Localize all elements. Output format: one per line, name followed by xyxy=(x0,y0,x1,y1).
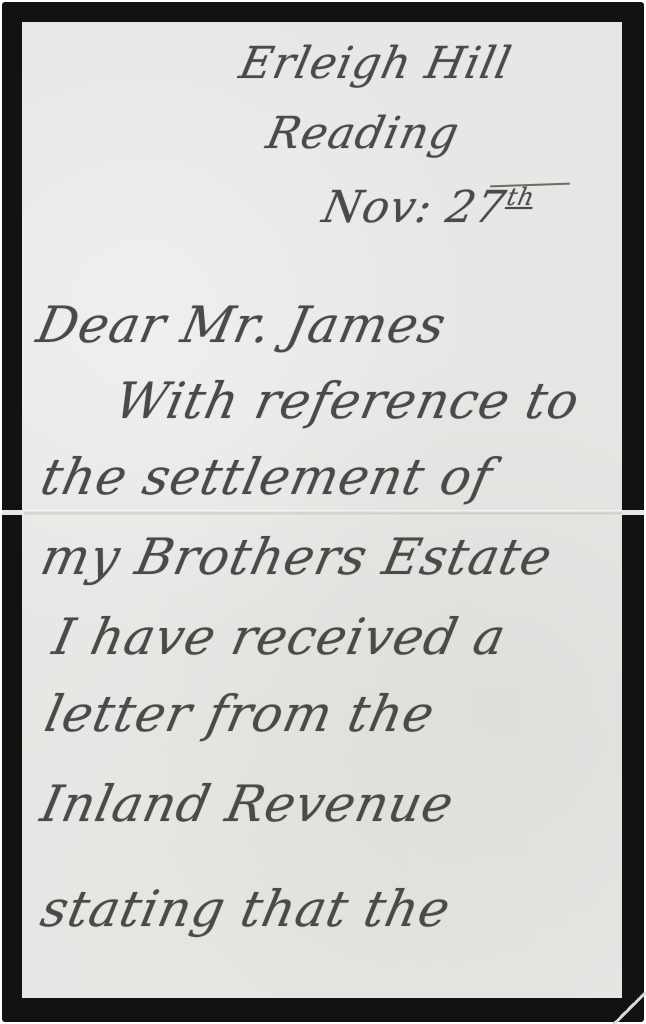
body-line-6: Inland Revenue xyxy=(36,775,459,833)
salutation: Dear Mr. James xyxy=(32,296,452,354)
body-line-1: With reference to xyxy=(110,372,585,430)
body-line-7: stating that the xyxy=(36,880,456,938)
date-text: Nov: 27 xyxy=(318,182,510,233)
letter-date: Nov: 27th xyxy=(318,182,538,233)
fold-notch-left xyxy=(2,510,24,515)
body-line-4: I have received a xyxy=(48,608,511,666)
body-line-5: letter from the xyxy=(40,685,440,743)
address-line-2: Reading xyxy=(262,108,464,159)
body-line-3: my Brothers Estate xyxy=(36,528,558,586)
fold-crease xyxy=(22,510,622,516)
fold-notch-right xyxy=(622,510,644,515)
corner-tear xyxy=(610,992,646,1024)
letter-paper xyxy=(22,22,622,998)
address-line-1: Erleigh Hill xyxy=(235,38,516,89)
body-line-2: the settlement of xyxy=(36,448,498,506)
